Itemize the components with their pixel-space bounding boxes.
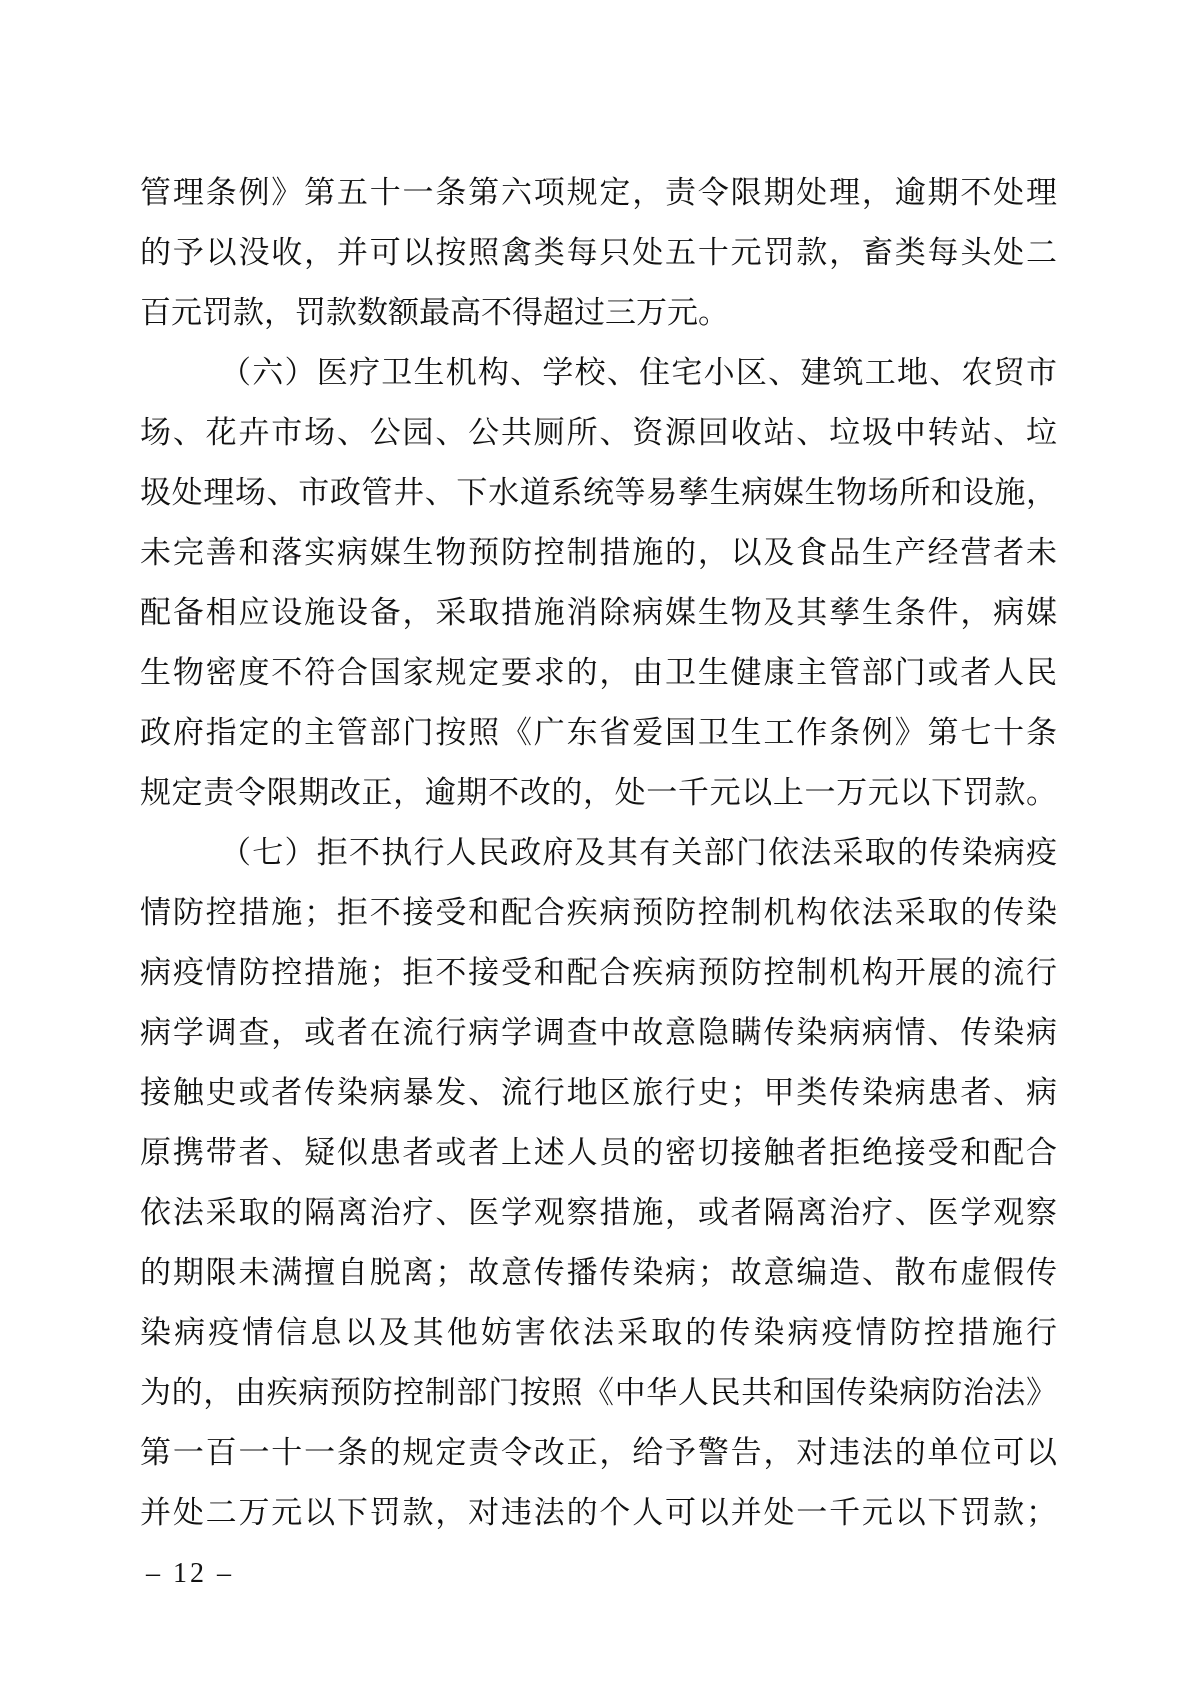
text-line: 的予以没收，并可以按照禽类每只处五十元罚款，畜类每头处二	[140, 223, 1057, 283]
text-line: 管理条例》第五十一条第六项规定，责令限期处理，逾期不处理	[140, 163, 1057, 223]
text-line: 情防控措施；拒不接受和配合疾病预防控制机构依法采取的传染	[140, 883, 1057, 943]
text-line: 并处二万元以下罚款，对违法的个人可以并处一千元以下罚款；	[140, 1483, 1057, 1543]
text-line: 接触史或者传染病暴发、流行地区旅行史；甲类传染病患者、病	[140, 1063, 1057, 1123]
text-line: （七）拒不执行人民政府及其有关部门依法采取的传染病疫	[140, 823, 1057, 883]
text-line: 为的，由疾病预防控制部门按照《中华人民共和国传染病防治法》	[140, 1363, 1057, 1423]
text-line: 染病疫情信息以及其他妨害依法采取的传染病疫情防控措施行	[140, 1303, 1057, 1363]
text-line: 百元罚款，罚款数额最高不得超过三万元。	[140, 283, 1057, 343]
text-line: 依法采取的隔离治疗、医学观察措施，或者隔离治疗、医学观察	[140, 1183, 1057, 1243]
text-line: 原携带者、疑似患者或者上述人员的密切接触者拒绝接受和配合	[140, 1123, 1057, 1183]
text-line: 场、花卉市场、公园、公共厕所、资源回收站、垃圾中转站、垃	[140, 403, 1057, 463]
text-line: 的期限未满擅自脱离；故意传播传染病；故意编造、散布虚假传	[140, 1243, 1057, 1303]
text-line: 圾处理场、市政管井、下水道系统等易孳生病媒生物场所和设施，	[140, 463, 1057, 523]
text-line: 政府指定的主管部门按照《广东省爱国卫生工作条例》第七十条	[140, 703, 1057, 763]
text-line: 生物密度不符合国家规定要求的，由卫生健康主管部门或者人民	[140, 643, 1057, 703]
document-page: 管理条例》第五十一条第六项规定，责令限期处理，逾期不处理 的予以没收，并可以按照…	[0, 0, 1191, 1684]
text-line: 病疫情防控措施；拒不接受和配合疾病预防控制机构开展的流行	[140, 943, 1057, 1003]
text-line: 规定责令限期改正，逾期不改的，处一千元以上一万元以下罚款。	[140, 763, 1057, 823]
document-body: 管理条例》第五十一条第六项规定，责令限期处理，逾期不处理 的予以没收，并可以按照…	[140, 163, 1057, 1543]
text-line: （六）医疗卫生机构、学校、住宅小区、建筑工地、农贸市	[140, 343, 1057, 403]
text-line: 配备相应设施设备，采取措施消除病媒生物及其孳生条件，病媒	[140, 583, 1057, 643]
text-line: 未完善和落实病媒生物预防控制措施的，以及食品生产经营者未	[140, 523, 1057, 583]
text-line: 第一百一十一条的规定责令改正，给予警告，对违法的单位可以	[140, 1423, 1057, 1483]
page-number: – 12 –	[146, 1556, 234, 1592]
text-line: 病学调查，或者在流行病学调查中故意隐瞒传染病病情、传染病	[140, 1003, 1057, 1063]
